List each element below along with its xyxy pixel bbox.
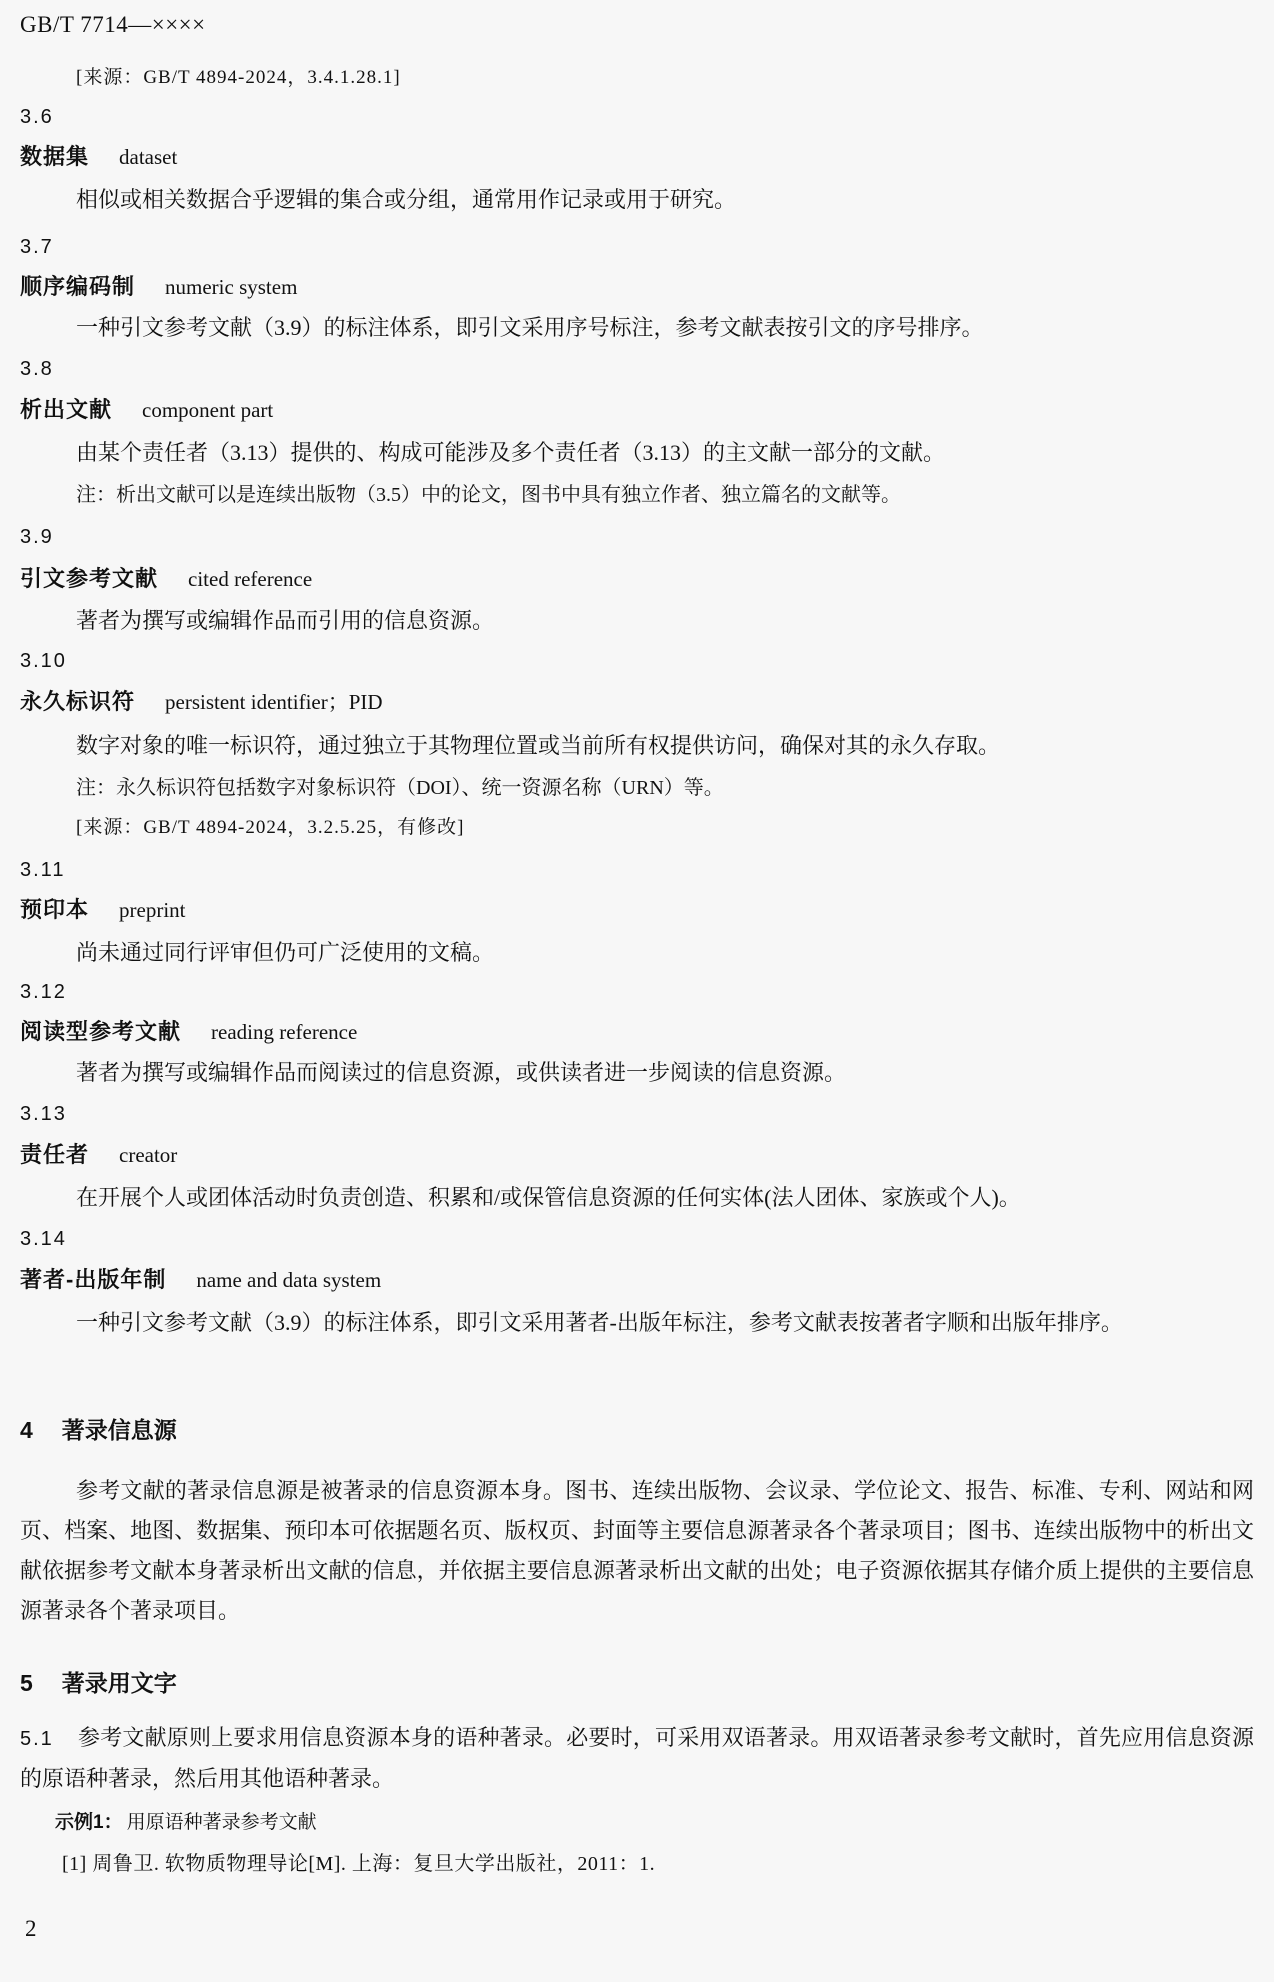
term-zh: 析出文献 <box>20 397 112 422</box>
term-line: 引文参考文献cited reference <box>20 562 1254 593</box>
term-zh: 引文参考文献 <box>20 566 158 591</box>
term-line: 顺序编码制numeric system <box>20 270 1254 301</box>
term-line: 预印本preprint <box>20 893 1254 924</box>
term-en: creator <box>119 1143 177 1167</box>
term-definition: 数字对象的唯一标识符，通过独立于其物理位置或当前所有权提供访问，确保对其的永久存… <box>20 726 1254 766</box>
term-en: persistent identifier；PID <box>165 690 383 714</box>
clause-number: 3.9 <box>20 526 1254 549</box>
term-note: 注：析出文献可以是连续出版物（3.5）中的论文，图书中具有独立作者、独立篇名的文… <box>20 477 1254 513</box>
clause-number: 3.6 <box>20 106 1254 129</box>
term-zh: 顺序编码制 <box>20 274 135 299</box>
term-zh: 永久标识符 <box>20 689 135 714</box>
document-page: GB/T 7714—×××× [来源：GB/T 4894-2024，3.4.1.… <box>0 0 1274 1982</box>
term-definition: 著者为撰写或编辑作品而引用的信息资源。 <box>20 601 1254 641</box>
term-en: reading reference <box>211 1020 357 1044</box>
term-line: 阅读型参考文献reading reference <box>20 1015 1254 1046</box>
clause-number: 3.10 <box>20 650 1254 673</box>
term-zh: 阅读型参考文献 <box>20 1019 181 1044</box>
reference-item: [1] 周鲁卫. 软物质物理导论[M]. 上海：复旦大学出版社，2011：1. <box>20 1847 1254 1876</box>
term-definition: 由某个责任者（3.13）提供的、构成可能涉及多个责任者（3.13）的主文献一部分… <box>20 433 1254 473</box>
term-en: name and data system <box>196 1268 381 1292</box>
term-line: 责任者creator <box>20 1138 1254 1169</box>
section-heading: 5著录用文字 <box>20 1665 1254 1698</box>
term-definition: 著者为撰写或编辑作品而阅读过的信息资源，或供读者进一步阅读的信息资源。 <box>20 1053 1254 1093</box>
clause-number: 3.12 <box>20 981 1254 1004</box>
page-number: 2 <box>25 1916 1254 1942</box>
standard-number-header: GB/T 7714—×××× <box>20 12 1254 38</box>
section-number: 5 <box>20 1670 34 1696</box>
term-definition: 尚未通过同行评审但仍可广泛使用的文稿。 <box>20 933 1254 973</box>
clause-number: 3.11 <box>20 859 1254 882</box>
term-note: 注：永久标识符包括数字对象标识符（DOI）、统一资源名称（URN）等。 <box>20 770 1254 806</box>
clause-paragraph: 5.1参考文献原则上要求用信息资源本身的语种著录。必要时，可采用双语著录。用双语… <box>20 1718 1254 1799</box>
term-definition: 相似或相关数据合乎逻辑的集合或分组，通常用作记录或用于研究。 <box>20 180 1254 220</box>
term-definition: 在开展个人或团体活动时负责创造、积累和/或保管信息资源的任何实体(法人团体、家族… <box>20 1178 1254 1218</box>
clause-text: 参考文献原则上要求用信息资源本身的语种著录。必要时，可采用双语著录。用双语著录参… <box>20 1725 1254 1791</box>
term-zh: 预印本 <box>20 897 89 922</box>
term-en: cited reference <box>188 567 312 591</box>
clause-number: 5.1 <box>20 1728 78 1750</box>
term-en: component part <box>142 398 273 422</box>
section-number: 4 <box>20 1417 34 1443</box>
term-en: preprint <box>119 898 185 922</box>
term-line: 析出文献component part <box>20 393 1254 424</box>
term-definition: 一种引文参考文献（3.9）的标注体系，即引文采用著者-出版年标注，参考文献表按著… <box>20 1303 1254 1343</box>
section-paragraph: 参考文献的著录信息源是被著录的信息资源本身。图书、连续出版物、会议录、学位论文、… <box>20 1471 1254 1631</box>
clause-number: 3.14 <box>20 1228 1254 1251</box>
term-zh: 数据集 <box>20 144 89 169</box>
term-line: 数据集dataset <box>20 140 1254 171</box>
term-line: 永久标识符persistent identifier；PID <box>20 685 1254 716</box>
source-line: [来源：GB/T 4894-2024，3.2.5.25，有修改] <box>20 812 1254 839</box>
section-heading: 4著录信息源 <box>20 1412 1254 1445</box>
section-title: 著录信息源 <box>62 1417 177 1443</box>
source-line: [来源：GB/T 4894-2024，3.4.1.28.1] <box>20 62 1254 89</box>
term-zh: 著者-出版年制 <box>20 1267 166 1292</box>
term-en: dataset <box>119 145 177 169</box>
clause-number: 3.8 <box>20 358 1254 381</box>
term-definition: 一种引文参考文献（3.9）的标注体系，即引文采用序号标注，参考文献表按引文的序号… <box>20 308 1254 348</box>
section-title: 著录用文字 <box>62 1670 177 1696</box>
clause-number: 3.7 <box>20 236 1254 259</box>
term-en: numeric system <box>165 275 297 299</box>
term-line: 著者-出版年制name and data system <box>20 1263 1254 1294</box>
example-title: 用原语种著录参考文献 <box>127 1812 317 1833</box>
example-label: 示例1： <box>55 1812 127 1833</box>
example-line: 示例1：用原语种著录参考文献 <box>20 1807 1254 1834</box>
term-zh: 责任者 <box>20 1142 89 1167</box>
clause-number: 3.13 <box>20 1103 1254 1126</box>
